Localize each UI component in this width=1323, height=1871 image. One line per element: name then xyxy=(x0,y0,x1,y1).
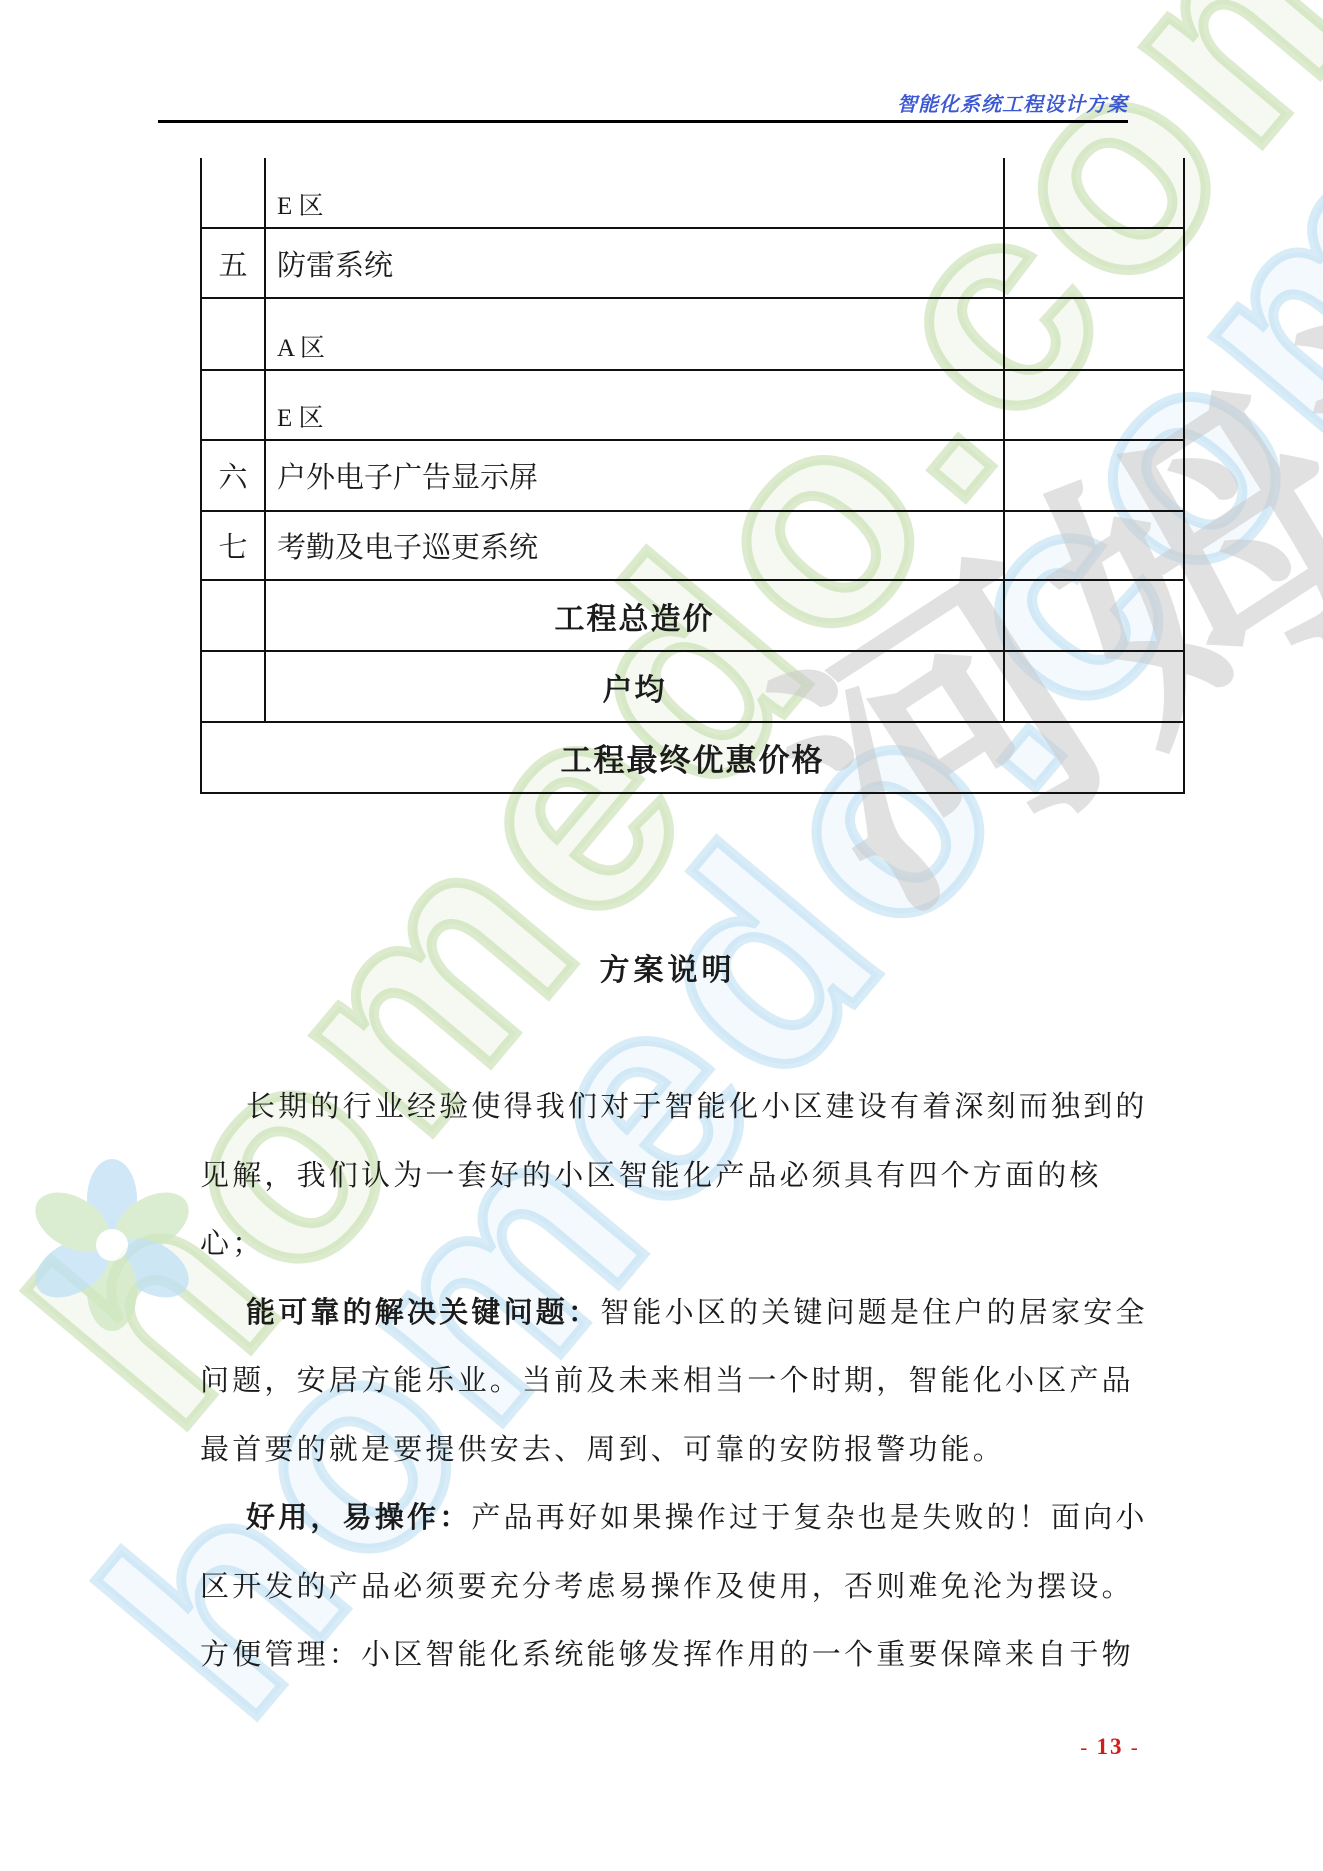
text-run: 长期的行业经验使得我们对于智能化小区建设有着深刻而独到的 xyxy=(246,1091,1148,1123)
text-line: 区开发的产品必须要充分考虑易操作及使用，否则难免沦为摆设。 xyxy=(200,1553,1140,1622)
row-label: 考勤及电子巡更系统 xyxy=(277,525,538,566)
text-run: 产品再好如果操作过于复杂也是失败的！面向小 xyxy=(471,1502,1147,1534)
table-summary-row: 工程总造价 xyxy=(202,581,1183,652)
text-line: 好用，易操作：产品再好如果操作过于复杂也是失败的！面向小 xyxy=(200,1484,1140,1553)
table-summary-row: 户均 xyxy=(202,652,1183,723)
table-row: E 区 xyxy=(202,371,1183,441)
text-line: 问题，安居方能乐业。当前及未来相当一个时期，智能化小区产品 xyxy=(200,1347,1140,1416)
row-label: A 区 xyxy=(277,328,325,364)
flower-logo-icon xyxy=(22,1155,202,1340)
page-header-title: 智能化系统工程设计方案 xyxy=(200,93,1128,117)
bold-run-in: 好用，易操作： xyxy=(246,1502,471,1534)
price-cell xyxy=(1005,652,1183,721)
page-number-value: 13 xyxy=(1097,1734,1124,1759)
text-run: 方便管理：小区智能化系统能够发挥作用的一个重要保障来自于物 xyxy=(200,1639,1134,1671)
text-line: 最首要的就是要提供安去、周到、可靠的安防报警功能。 xyxy=(200,1416,1140,1485)
text-line: 心； xyxy=(200,1210,1140,1279)
price-cell xyxy=(1005,512,1183,579)
row-number-cell xyxy=(202,371,266,439)
text-run: 问题，安居方能乐业。当前及未来相当一个时期，智能化小区产品 xyxy=(200,1365,1134,1397)
page-number-left-dash: - xyxy=(1080,1735,1089,1759)
text-line: 长期的行业经验使得我们对于智能化小区建设有着深刻而独到的 xyxy=(200,1073,1140,1142)
price-cell xyxy=(1005,299,1183,369)
document-page: homedo.com homedo.com 河姆渡 智能化系统工程设计方案 E … xyxy=(0,0,1323,1871)
row-label-cell: A 区 xyxy=(266,299,1005,369)
row-number-cell xyxy=(202,158,266,227)
text-line: 见解，我们认为一套好的小区智能化产品必须具有四个方面的核 xyxy=(200,1142,1140,1211)
section-title: 方案说明 xyxy=(200,945,1135,989)
text-run: 智能小区的关键问题是住户的居家安全 xyxy=(600,1297,1147,1329)
table-total-row: 工程最终优惠价格 xyxy=(202,723,1183,792)
table-row: A 区 xyxy=(202,299,1183,371)
row-label: 防雷系统 xyxy=(277,243,393,284)
paragraphs: 长期的行业经验使得我们对于智能化小区建设有着深刻而独到的见解，我们认为一套好的小… xyxy=(200,1073,1140,1690)
table-row: E 区 xyxy=(202,158,1183,229)
summary-label-cell: 户均 xyxy=(266,652,1005,721)
row-number-cell: 六 xyxy=(202,441,266,510)
total-label-cell: 工程最终优惠价格 xyxy=(202,723,1183,792)
price-cell xyxy=(1005,371,1183,439)
table-row: 七考勤及电子巡更系统 xyxy=(202,512,1183,581)
row-label: E 区 xyxy=(277,186,324,222)
price-cell xyxy=(1005,158,1183,227)
page-number-right-dash: - xyxy=(1131,1735,1140,1759)
header-rule xyxy=(158,120,1128,123)
table-row: 六户外电子广告显示屏 xyxy=(202,441,1183,512)
row-number-cell: 七 xyxy=(202,512,266,579)
bold-run-in: 能可靠的解决关键问题： xyxy=(246,1297,600,1329)
text-line: 能可靠的解决关键问题：智能小区的关键问题是住户的居家安全 xyxy=(200,1279,1140,1348)
row-label-cell: 防雷系统 xyxy=(266,229,1005,297)
row-label-cell: 户外电子广告显示屏 xyxy=(266,441,1005,510)
summary-label-cell: 工程总造价 xyxy=(266,581,1005,650)
table-row: 五防雷系统 xyxy=(202,229,1183,299)
price-cell xyxy=(1005,581,1183,650)
price-cell xyxy=(1005,441,1183,510)
page-number: - 13 - xyxy=(1040,1734,1180,1760)
row-number-cell xyxy=(202,652,266,721)
text-run: 见解，我们认为一套好的小区智能化产品必须具有四个方面的核 xyxy=(200,1160,1102,1192)
text-run: 最首要的就是要提供安去、周到、可靠的安防报警功能。 xyxy=(200,1434,1005,1466)
row-number-cell xyxy=(202,581,266,650)
row-label-cell: 考勤及电子巡更系统 xyxy=(266,512,1005,579)
text-run: 区开发的产品必须要充分考虑易操作及使用，否则难免沦为摆设。 xyxy=(200,1571,1134,1603)
cost-table: E 区五防雷系统A 区E 区六户外电子广告显示屏七考勤及电子巡更系统工程总造价户… xyxy=(200,158,1185,794)
row-number-cell: 五 xyxy=(202,229,266,297)
price-cell xyxy=(1005,229,1183,297)
row-label: 户外电子广告显示屏 xyxy=(277,455,538,496)
row-label-cell: E 区 xyxy=(266,371,1005,439)
row-number-cell xyxy=(202,299,266,369)
text-run: 心； xyxy=(200,1228,264,1260)
row-label-cell: E 区 xyxy=(266,158,1005,227)
text-line: 方便管理：小区智能化系统能够发挥作用的一个重要保障来自于物 xyxy=(200,1621,1140,1690)
row-label: E 区 xyxy=(277,398,324,434)
